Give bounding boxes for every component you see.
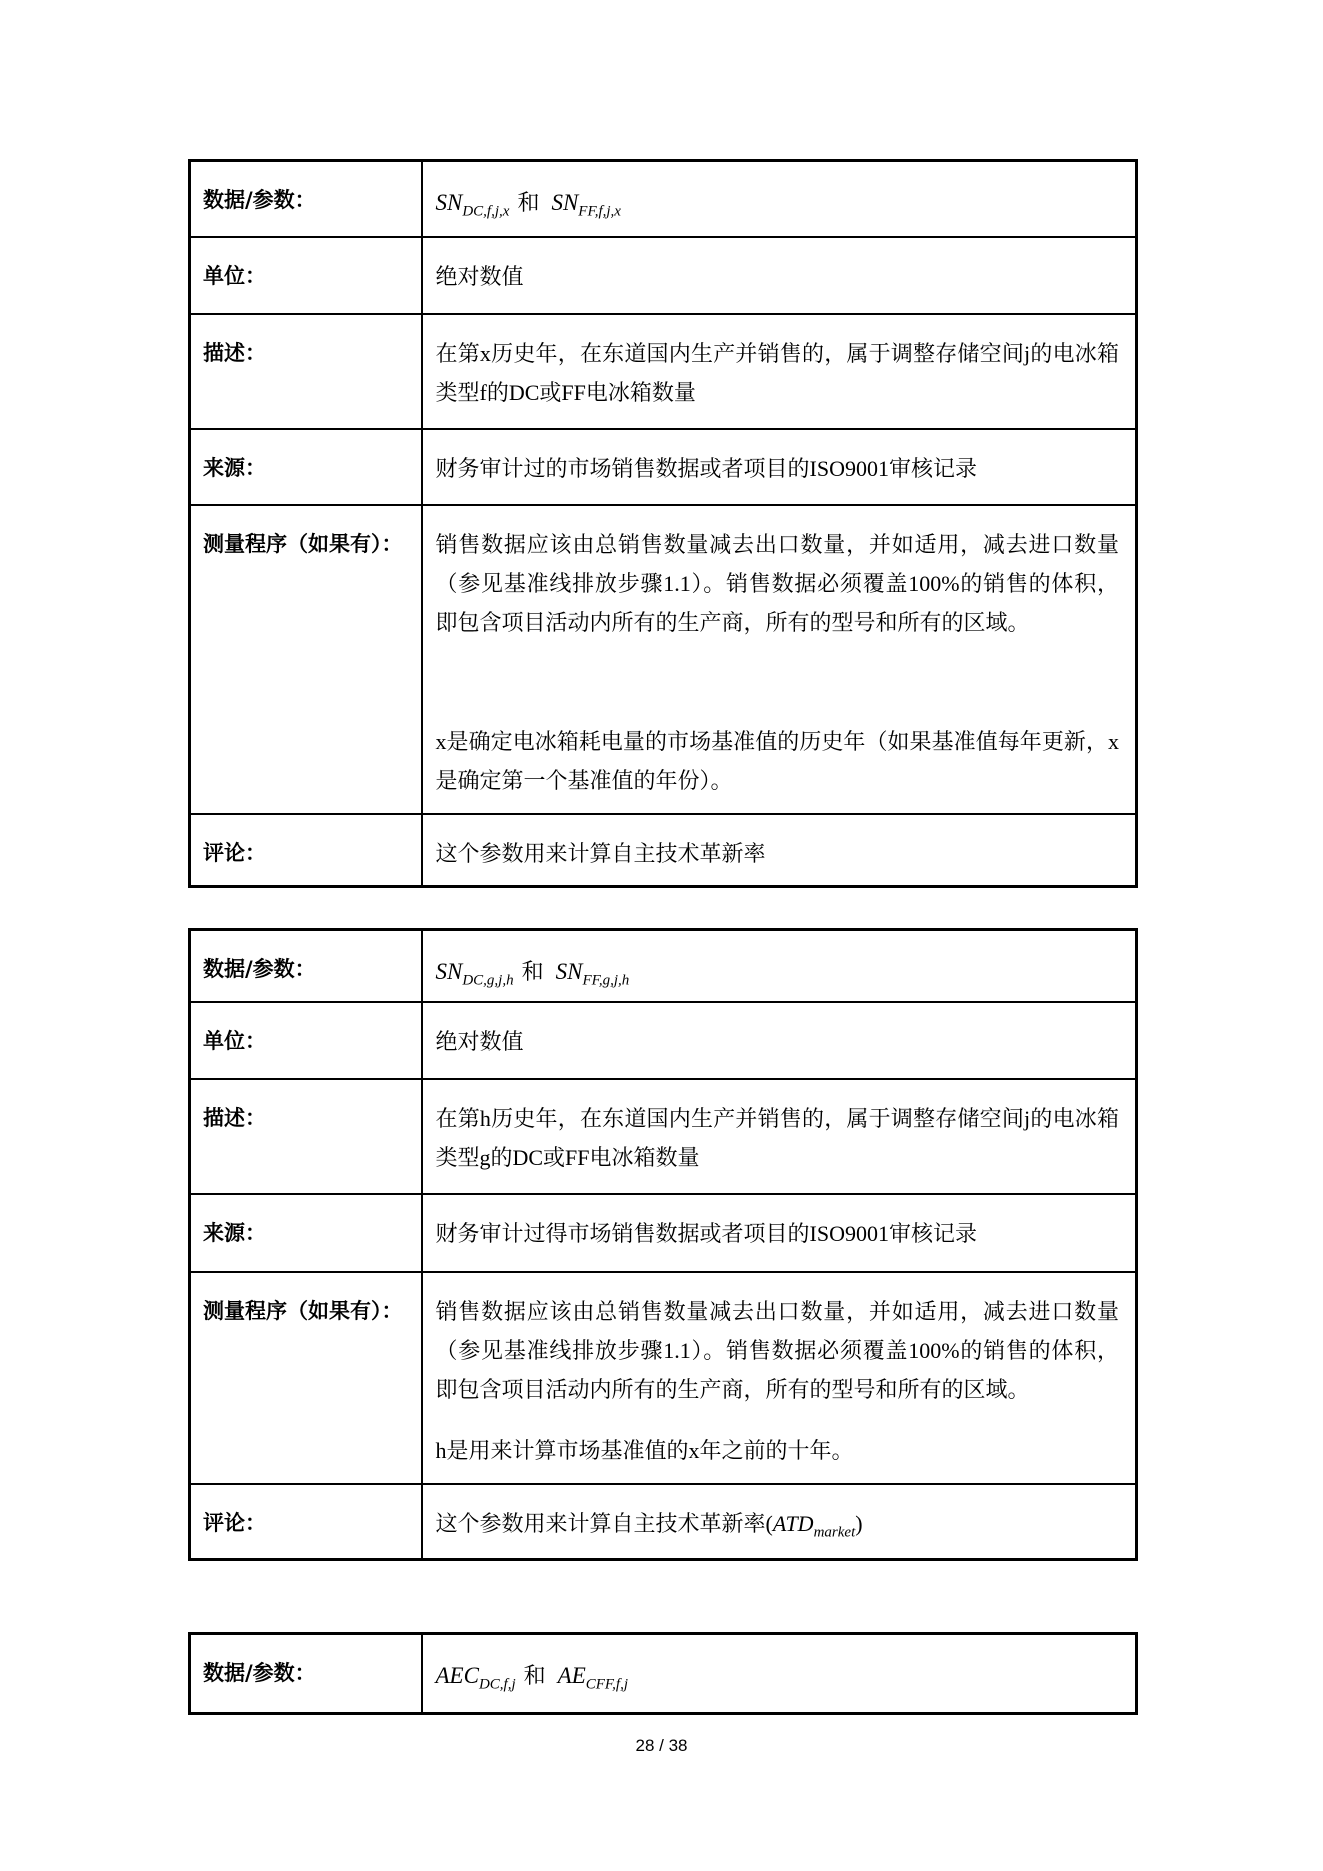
procedure-paragraph: 销售数据应该由总销售数量减去出口数量，并如适用，减去进口数量（参见基准线排放步骤… bbox=[436, 1292, 1120, 1409]
comment-value: 这个参数用来计算自主技术革新率(ATDmarket) bbox=[422, 1484, 1137, 1559]
row-label-source: 来源： bbox=[190, 1194, 422, 1272]
formula-connector: 和 bbox=[517, 190, 539, 215]
measurement-procedure-value: 销售数据应该由总销售数量减去出口数量，并如适用，减去进口数量（参见基准线排放步骤… bbox=[422, 505, 1137, 814]
parameter-formula: SNDC,g,j,h和SNFF,g,j,h bbox=[422, 930, 1137, 1003]
unit-value: 绝对数值 bbox=[422, 237, 1137, 314]
source-value: 财务审计过的市场销售数据或者项目的ISO9001审核记录 bbox=[422, 429, 1137, 505]
table-row-description: 描述： 在第h历史年，在东道国内生产并销售的，属于调整存储空间j的电冰箱类型g的… bbox=[190, 1079, 1137, 1194]
table-row-description: 描述： 在第x历史年，在东道国内生产并销售的，属于调整存储空间j的电冰箱类型f的… bbox=[190, 314, 1137, 429]
row-label-unit: 单位： bbox=[190, 1002, 422, 1079]
row-label-parameter: 数据/参数： bbox=[190, 1634, 422, 1714]
source-value: 财务审计过得市场销售数据或者项目的ISO9001审核记录 bbox=[422, 1194, 1137, 1272]
table-row-unit: 单位： 绝对数值 bbox=[190, 237, 1137, 314]
formula-base: SN bbox=[556, 959, 583, 984]
formula-base: SN bbox=[436, 190, 463, 215]
formula-subscript: DC,f,j,x bbox=[462, 204, 509, 220]
document-page: 数据/参数： SNDC,f,j,x和SNFF,f,j,x 单位： 绝对数值 描述… bbox=[0, 0, 1323, 1871]
formula-base: SN bbox=[436, 959, 463, 984]
formula-subscript: FF,f,j,x bbox=[578, 204, 621, 220]
table-row-source: 来源： 财务审计过得市场销售数据或者项目的ISO9001审核记录 bbox=[190, 1194, 1137, 1272]
table-row-comment: 评论： 这个参数用来计算自主技术革新率 bbox=[190, 814, 1137, 887]
formula-connector: 和 bbox=[522, 959, 544, 984]
formula-subscript: DC,f,j bbox=[479, 1677, 516, 1693]
table-row-comment: 评论： 这个参数用来计算自主技术革新率(ATDmarket) bbox=[190, 1484, 1137, 1559]
description-value: 在第x历史年，在东道国内生产并销售的，属于调整存储空间j的电冰箱类型f的DC或F… bbox=[422, 314, 1137, 429]
table-row-source: 来源： 财务审计过的市场销售数据或者项目的ISO9001审核记录 bbox=[190, 429, 1137, 505]
row-label-comment: 评论： bbox=[190, 814, 422, 887]
formula-connector: 和 bbox=[524, 1663, 546, 1688]
description-value: 在第h历史年，在东道国内生产并销售的，属于调整存储空间j的电冰箱类型g的DC或F… bbox=[422, 1079, 1137, 1194]
formula-base: AEC bbox=[436, 1663, 479, 1688]
formula-base: ATD bbox=[773, 1511, 814, 1536]
table-row-unit: 单位： 绝对数值 bbox=[190, 1002, 1137, 1079]
procedure-paragraph: x是确定电冰箱耗电量的市场基准值的历史年（如果基准值每年更新，x是确定第一个基准… bbox=[436, 722, 1120, 800]
row-label-measurement-procedure: 测量程序（如果有）： bbox=[190, 1272, 422, 1484]
parameter-formula: AECDC,f,j和AECFF,f,j bbox=[422, 1634, 1137, 1714]
measurement-procedure-value: 销售数据应该由总销售数量减去出口数量，并如适用，减去进口数量（参见基准线排放步骤… bbox=[422, 1272, 1137, 1484]
formula-base: SN bbox=[551, 190, 578, 215]
row-label-description: 描述： bbox=[190, 1079, 422, 1194]
page-number: 28 / 38 bbox=[0, 1736, 1323, 1756]
comment-text: 这个参数用来计算自主技术革新率( bbox=[436, 1511, 773, 1536]
formula-subscript: DC,g,j,h bbox=[462, 973, 513, 989]
comment-value: 这个参数用来计算自主技术革新率 bbox=[422, 814, 1137, 887]
unit-value: 绝对数值 bbox=[422, 1002, 1137, 1079]
procedure-paragraph: h是用来计算市场基准值的x年之前的十年。 bbox=[436, 1431, 1120, 1470]
table-row-parameter: 数据/参数： AECDC,f,j和AECFF,f,j bbox=[190, 1634, 1137, 1714]
formula-base: AE bbox=[558, 1663, 586, 1688]
table-row-measurement-procedure: 测量程序（如果有）： 销售数据应该由总销售数量减去出口数量，并如适用，减去进口数… bbox=[190, 505, 1137, 814]
formula-subscript: CFF,f,j bbox=[586, 1677, 628, 1693]
table-row-parameter: 数据/参数： SNDC,g,j,h和SNFF,g,j,h bbox=[190, 930, 1137, 1003]
row-label-comment: 评论： bbox=[190, 1484, 422, 1559]
comment-close: ) bbox=[855, 1511, 862, 1536]
row-label-source: 来源： bbox=[190, 429, 422, 505]
parameter-table-snx: 数据/参数： SNDC,f,j,x和SNFF,f,j,x 单位： 绝对数值 描述… bbox=[188, 159, 1138, 888]
formula-subscript: market bbox=[814, 1524, 856, 1540]
procedure-paragraph: 销售数据应该由总销售数量减去出口数量，并如适用，减去进口数量（参见基准线排放步骤… bbox=[436, 525, 1120, 642]
parameter-formula: SNDC,f,j,x和SNFF,f,j,x bbox=[422, 161, 1137, 237]
table-row-parameter: 数据/参数： SNDC,f,j,x和SNFF,f,j,x bbox=[190, 161, 1137, 237]
row-label-unit: 单位： bbox=[190, 237, 422, 314]
parameter-table-snh: 数据/参数： SNDC,g,j,h和SNFF,g,j,h 单位： 绝对数值 描述… bbox=[188, 928, 1138, 1561]
parameter-table-aec: 数据/参数： AECDC,f,j和AECFF,f,j bbox=[188, 1632, 1138, 1715]
row-label-measurement-procedure: 测量程序（如果有）： bbox=[190, 505, 422, 814]
row-label-description: 描述： bbox=[190, 314, 422, 429]
row-label-parameter: 数据/参数： bbox=[190, 930, 422, 1003]
table-row-measurement-procedure: 测量程序（如果有）： 销售数据应该由总销售数量减去出口数量，并如适用，减去进口数… bbox=[190, 1272, 1137, 1484]
row-label-parameter: 数据/参数： bbox=[190, 161, 422, 237]
formula-subscript: FF,g,j,h bbox=[582, 973, 629, 989]
